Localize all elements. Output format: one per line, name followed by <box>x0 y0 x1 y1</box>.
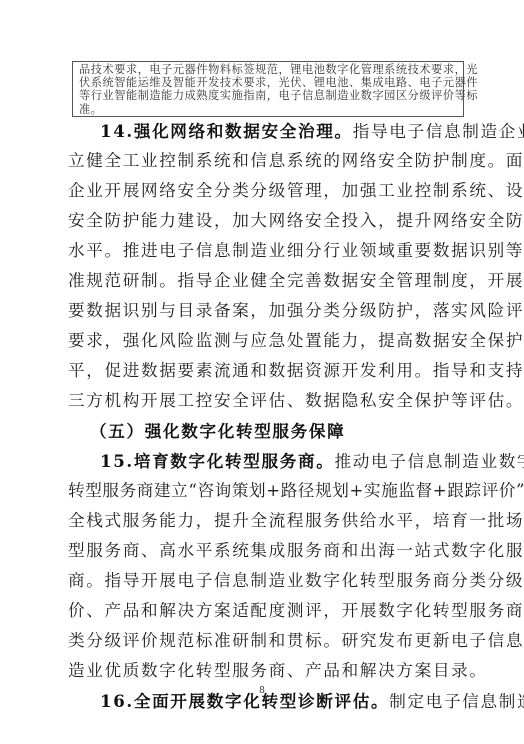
paragraph-line: 安全防护能力建设，加大网络安全投入，提升网络安全防护 <box>68 211 524 231</box>
paragraph-line: 转型服务商建立“咨询策划+路径规划+实施监督+跟踪评价” <box>68 481 524 501</box>
paragraph-line: 要数据识别与目录备案，加强分类分级防护，落实风险评估 <box>68 301 524 321</box>
paragraph-line: 企业开展网络安全分类分级管理，加强工业控制系统、设备 <box>68 181 524 201</box>
paragraph-line: 类分级评价规范标准研制和贯标。研究发布更新电子信息制 <box>68 631 524 651</box>
paragraph-text: 指导电子信息制造企业建 <box>353 122 524 141</box>
paragraph-line: 准规范研制。指导企业健全完善数据安全管理制度，开展重 <box>68 271 524 291</box>
paragraph-line: 立健全工业控制系统和信息系统的网络安全防护制度。面向 <box>68 151 524 171</box>
paragraph-line: 要求，强化风险监测与应急处置能力，提高数据安全保护水 <box>68 331 524 351</box>
paragraph-line: 商。指导开展电子信息制造业数字化转型服务商分类分级评 <box>68 571 524 591</box>
paragraph-line: 全栈式服务能力，提升全流程服务供给水平，培育一批场景 <box>68 511 524 531</box>
paragraph-line: 三方机构开展工控安全评估、数据隐私安全保护等评估。 <box>68 391 524 411</box>
section-14-first-line: 14.强化网络和数据安全治理。指导电子信息制造企业建 <box>100 121 524 142</box>
paragraph-line: 价、产品和解决方案适配度测评，开展数字化转型服务商分 <box>68 601 524 621</box>
box-line: 伏系统智能运维及智能开发技术要求，光伏、锂电池、集成电路、电子元器件 <box>79 76 459 89</box>
section-5-heading: （五）强化数字化转型服务保障 <box>90 421 345 441</box>
paragraph-line: 型服务商、高水平系统集成服务商和出海一站式数字化服务 <box>68 541 524 561</box>
paragraph-line: 水平。推进电子信息制造业细分行业领域重要数据识别等标 <box>68 241 524 261</box>
box-line: 品技术要求，电子元器件物料标签规范，锂电池数字化管理系统技术要求，光 <box>79 63 459 76</box>
page-number: 8 <box>0 686 524 696</box>
standards-box: 品技术要求，电子元器件物料标签规范，锂电池数字化管理系统技术要求，光 伏系统智能… <box>72 61 464 117</box>
box-line: 等行业智能制造能力成熟度实施指南，电子信息制造业数字园区分级评价等标 <box>79 89 459 102</box>
section-15-heading: 15.培育数字化转型服务商。 <box>100 451 335 471</box>
box-line: 准。 <box>79 103 459 116</box>
section-15-first-line: 15.培育数字化转型服务商。推动电子信息制造业数字化 <box>100 451 524 472</box>
paragraph-line: 平，促进数据要素流通和数据资源开发利用。指导和支持第 <box>68 361 524 381</box>
section-14-heading: 14.强化网络和数据安全治理。 <box>100 121 353 141</box>
paragraph-line: 造业优质数字化转型服务商、产品和解决方案目录。 <box>68 661 488 681</box>
paragraph-text: 推动电子信息制造业数字化 <box>335 452 524 471</box>
